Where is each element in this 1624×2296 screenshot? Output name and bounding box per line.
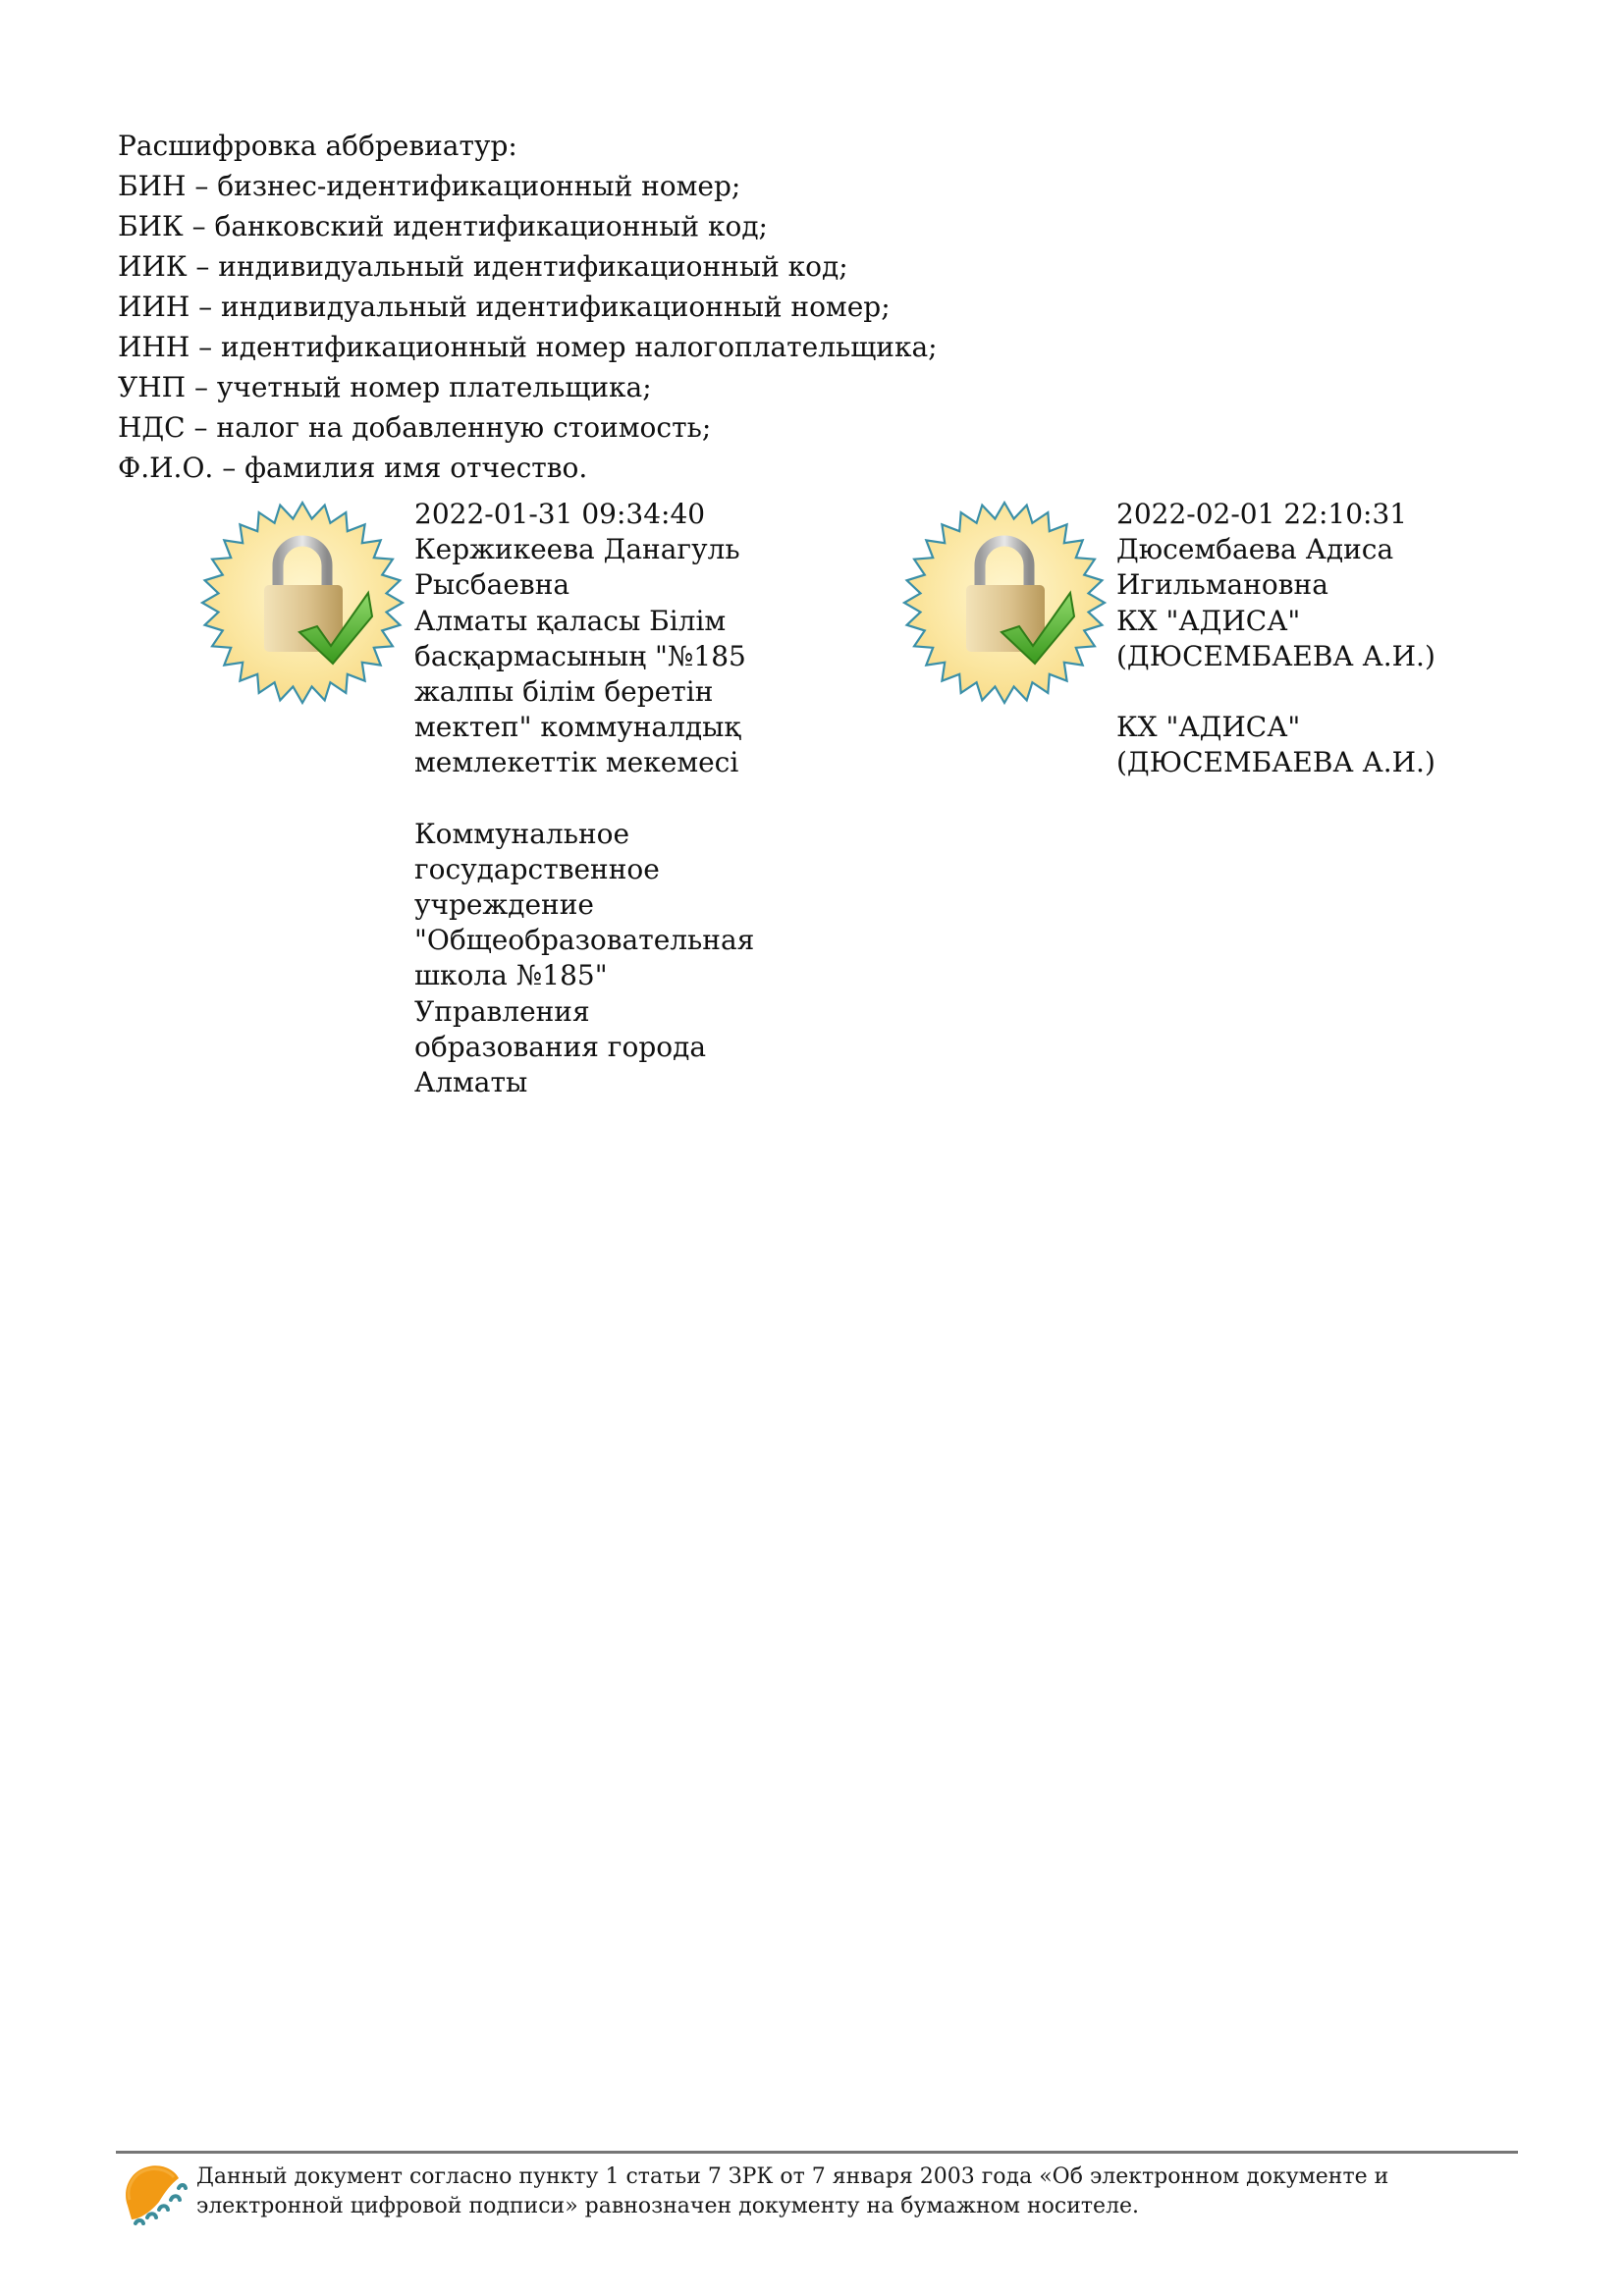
abbreviation-item: БИК – банковский идентификационный код;	[118, 206, 938, 246]
signer-organization: (ДЮСЕМБАЕВА А.И.)	[1116, 745, 1435, 780]
signer-organization: КХ "АДИСА"	[1116, 604, 1435, 639]
egov-sun-logo-icon	[120, 2163, 189, 2229]
verified-lock-seal-icon	[199, 499, 406, 707]
signature-details: 2022-02-01 22:10:31 Дюсембаева Адиса Иги…	[1116, 497, 1435, 780]
legal-notice: Данный документ согласно пункту 1 статьи…	[196, 2163, 1388, 2221]
signer-organization-ru: Управления	[414, 994, 754, 1030]
blank-line	[1116, 674, 1435, 710]
signer-name: Игильмановна	[1116, 567, 1435, 603]
abbreviations-list: Расшифровка аббревиатур: БИН – бизнес-ид…	[118, 126, 938, 488]
signer-organization-ru: школа №185"	[414, 958, 754, 993]
signer-organization-ru: Алматы	[414, 1065, 754, 1100]
signature-details: 2022-01-31 09:34:40 Кержикеева Данагуль …	[414, 497, 754, 1100]
abbreviation-item: ИИН – индивидуальный идентификационный н…	[118, 287, 938, 327]
signer-organization-ru: образования города	[414, 1030, 754, 1065]
abbreviation-item: Ф.И.О. – фамилия имя отчество.	[118, 448, 938, 488]
signer-organization-ru: Коммунальное	[414, 817, 754, 852]
legal-notice-line: Данный документ согласно пункту 1 статьи…	[196, 2163, 1388, 2192]
abbreviation-item: ИНН – идентификационный номер налогоплат…	[118, 327, 938, 367]
signer-organization: КХ "АДИСА"	[1116, 710, 1435, 745]
signer-organization-ru: учреждение	[414, 887, 754, 923]
abbreviations-heading: Расшифровка аббревиатур:	[118, 126, 938, 166]
verified-lock-seal-icon	[901, 499, 1108, 707]
signature-timestamp: 2022-02-01 22:10:31	[1116, 497, 1435, 532]
signature-timestamp: 2022-01-31 09:34:40	[414, 497, 754, 532]
signer-organization: (ДЮСЕМБАЕВА А.И.)	[1116, 639, 1435, 674]
signer-organization-kz: Алматы қаласы Білім	[414, 604, 754, 639]
signer-organization-kz: басқармасының "№185	[414, 639, 754, 674]
blank-line	[414, 781, 754, 817]
signer-name: Дюсембаева Адиса	[1116, 532, 1435, 567]
signer-organization-kz: мемлекеттік мекемесі	[414, 745, 754, 780]
legal-notice-line: электронной цифровой подписи» равнозначе…	[196, 2192, 1388, 2221]
abbreviation-item: БИН – бизнес-идентификационный номер;	[118, 166, 938, 206]
abbreviation-item: ИИК – индивидуальный идентификационный к…	[118, 246, 938, 287]
signer-name: Кержикеева Данагуль	[414, 532, 754, 567]
abbreviation-item: УНП – учетный номер плательщика;	[118, 367, 938, 407]
signer-organization-ru: государственное	[414, 852, 754, 887]
signer-organization-kz: мектеп" коммуналдық	[414, 710, 754, 745]
signer-organization-kz: жалпы білім беретін	[414, 674, 754, 710]
signer-name: Рысбаевна	[414, 567, 754, 603]
abbreviation-item: НДС – налог на добавленную стоимость;	[118, 407, 938, 448]
footer-divider	[116, 2151, 1518, 2154]
signer-organization-ru: "Общеобразовательная	[414, 923, 754, 958]
